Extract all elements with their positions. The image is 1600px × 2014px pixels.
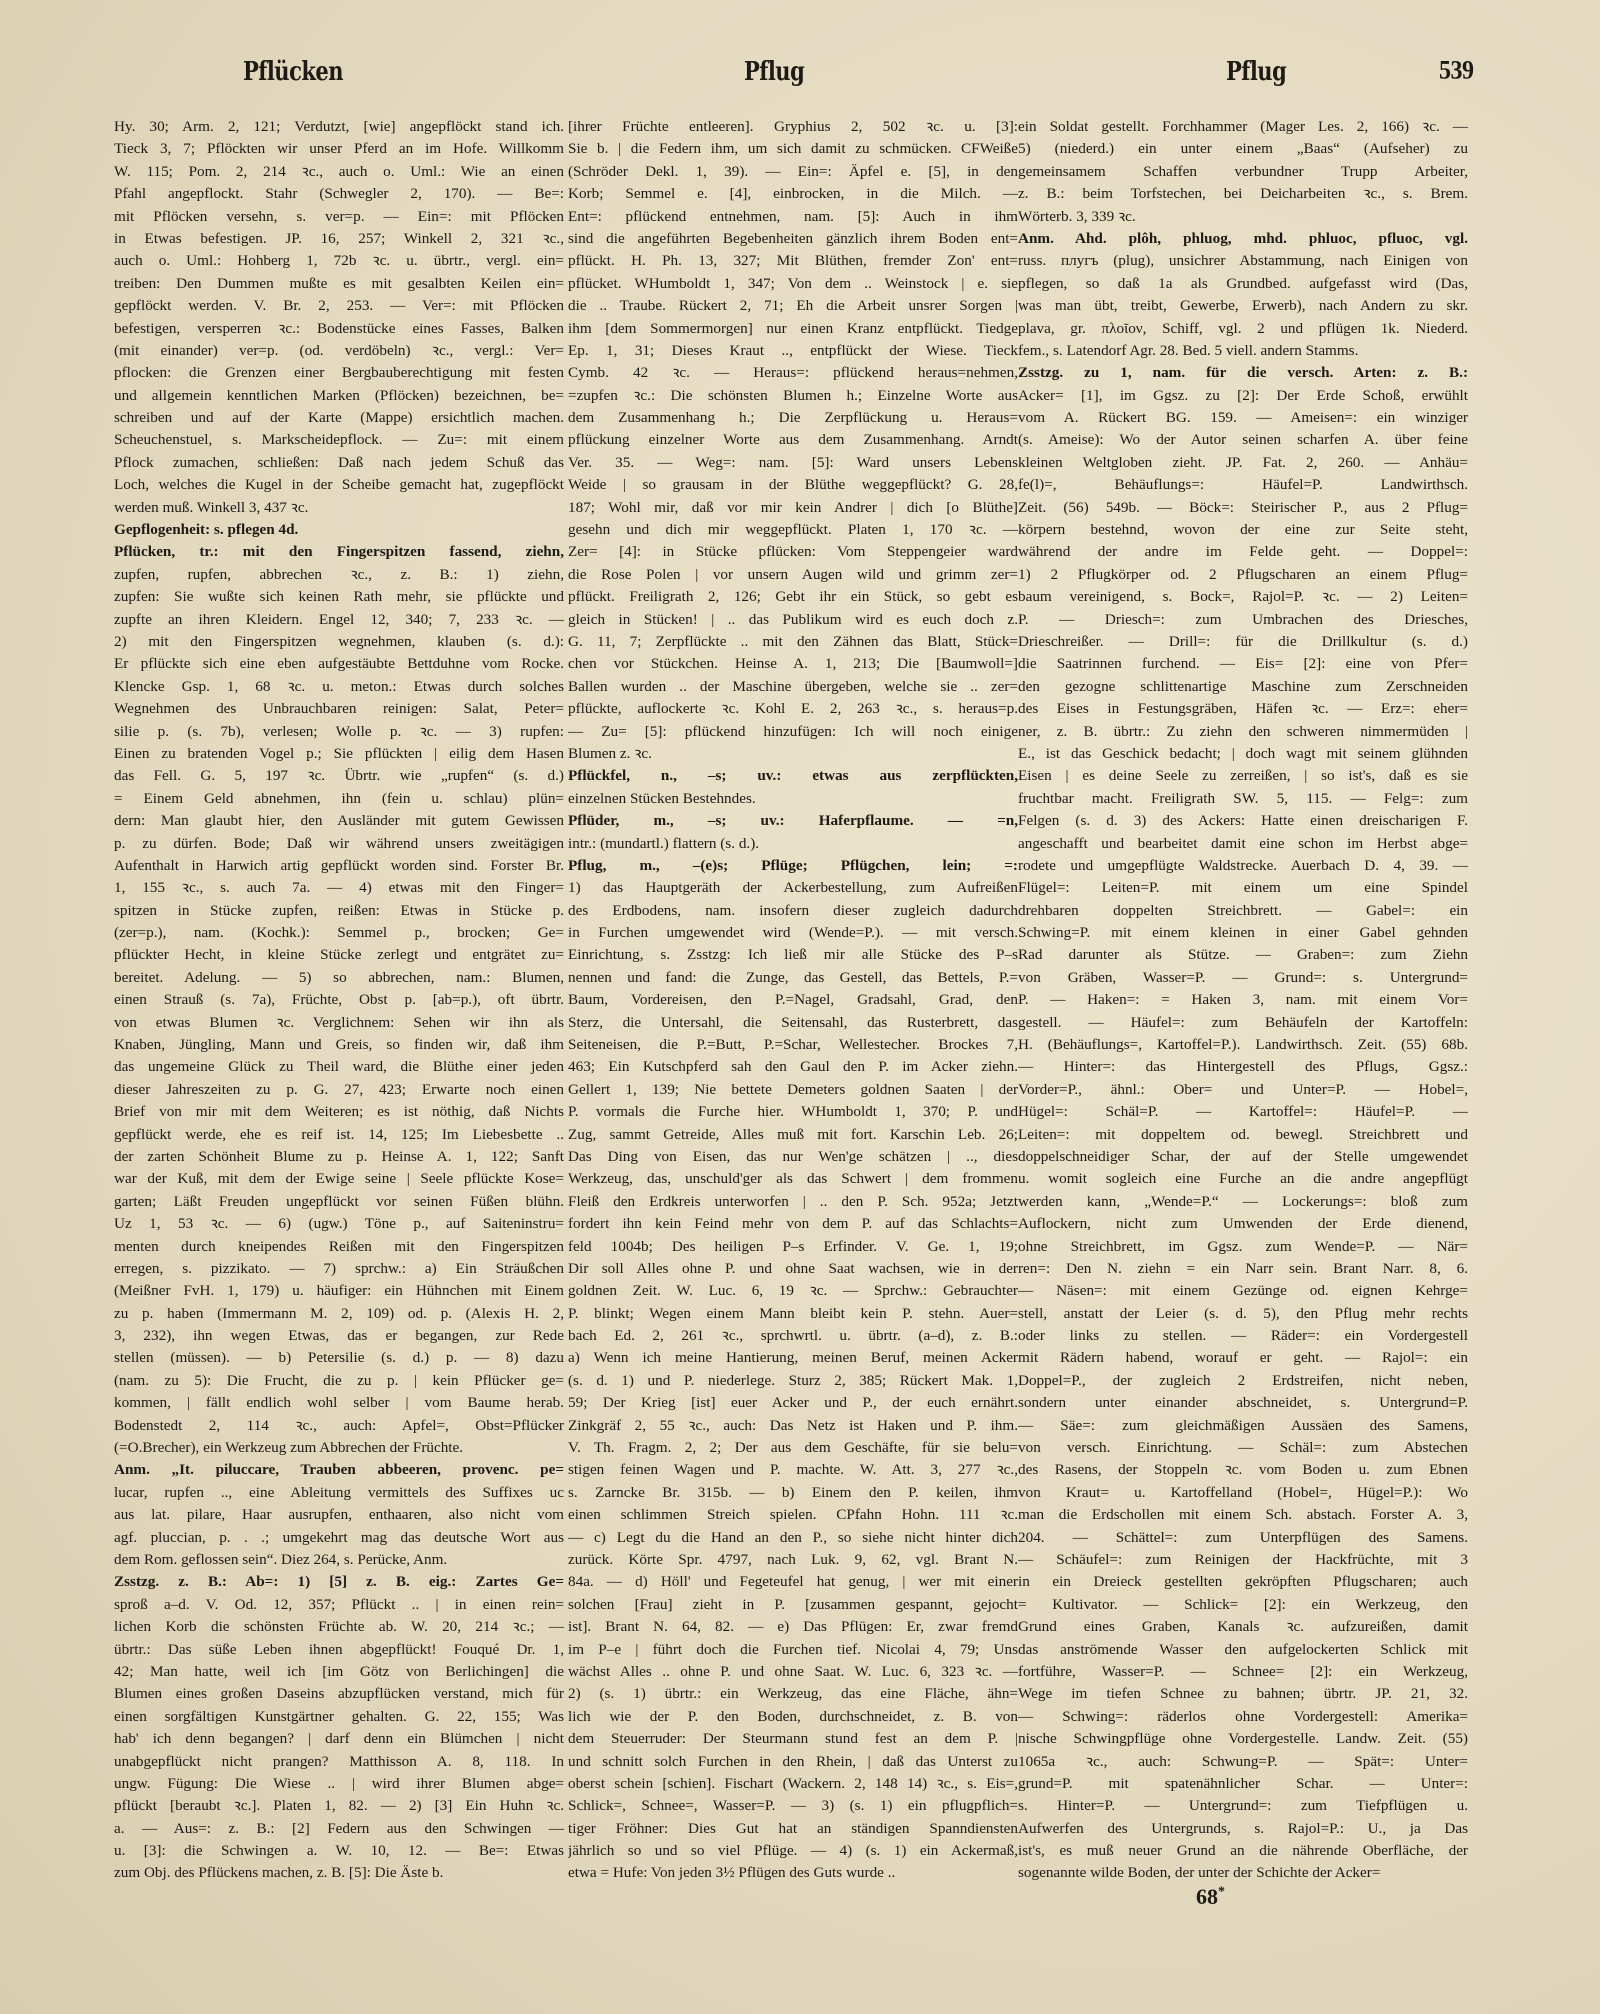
text-line: P. vormals die Furche hier. WHumboldt 1,… [568,1101,1018,1123]
text-line: (s. d. 1) und P. niederlege. Sturz 2, 38… [568,1370,1018,1392]
text-line: sproß a–d. V. Od. 12, 357; Pflückt .. | … [114,1594,564,1616]
text-line: in Furchen umgewendet wird (Wende=P.). —… [568,922,1018,944]
right-catchword: Pflug [1226,55,1286,86]
text-line: grund=P. mit spatenähnlicher Schar. — Un… [1018,1773,1468,1795]
text-line: 187; Wohl mir, daß vor mir kein Andrer |… [568,497,1018,519]
text-line: übrtr.: Das süße Leben ihnen abgepflückt… [114,1639,564,1661]
text-line: Pflückfel, n., –s; uv.: etwas aus zerpfl… [568,765,1018,787]
text-line: bereitet. Adelung. — 5) so abbrechen, na… [114,967,564,989]
text-line: ohne Streichbrett, im Ggsz. zum Wende=P.… [1018,1236,1468,1258]
text-line: Bodenstedt 2, 114 ꝛc., auch: Apfel=, Obs… [114,1415,564,1437]
text-line: schreiben und auf der Karte (Mappe) ersi… [114,407,564,429]
text-line: Vorder=P., ähnl.: Ober= und Unter=P. — H… [1018,1079,1468,1101]
text-line: zu p. haben (Immermann M. 2, 109) od. p.… [114,1303,564,1325]
text-line: ungw. Fügung: Die Wiese .. | wird ihrer … [114,1773,564,1795]
text-line: sondern unter einander abschneidet, s. U… [1018,1392,1468,1414]
text-line: Loch, welches die Kugel in der Scheibe g… [114,474,564,496]
text-line: während der andre im Felde geht. — Doppe… [1018,541,1468,563]
text-line: H. (Behäuflungs=, Kartoffel=P.). Landwir… [1018,1034,1468,1056]
text-line: pflückt [beraubt ꝛc.]. Platen 1, 82. — 2… [114,1795,564,1817]
text-line: Flügel=: Leiten=P. mit einem um eine Spi… [1018,877,1468,899]
text-line: Zsstzg. zu 1, nam. für die versch. Arten… [1018,362,1468,384]
text-line: etwa = Hufe: Von jeden 3½ Pflügen des Gu… [568,1862,1018,1884]
text-line: Pflüder, m., –s; uv.: Haferpflaume. — =n… [568,810,1018,832]
text-line: von versch. Einrichtung. — Schäl=: zum A… [1018,1437,1468,1459]
page-number: 539 [1439,57,1474,87]
middle-catchword: Pflug [744,55,804,86]
text-line: oberst schein [schien]. Fischart (Wacker… [568,1773,1018,1795]
text-line: angeschafft und bearbeitet damit eine sc… [1018,833,1468,855]
text-line: pflücket. WHumboldt 1, 347; Von dem .. W… [568,273,1018,295]
text-line: 2) (s. 1) übrtr.: ein Werkzeug, das eine… [568,1683,1018,1705]
text-line: gepflückt werde, ehe es reif ist. 14, 12… [114,1124,564,1146]
text-line: pflückter Hecht, in kleine Stücke zerleg… [114,944,564,966]
text-line: mit Rädern habend, worauf er geht. — Raj… [1018,1347,1468,1369]
text-line: Blumen z. ꝛc. [568,743,1018,765]
text-line: P. — Haken=: = Haken 3, nam. mit einem V… [1018,989,1468,1011]
text-line: — Säe=: zum gleichmäßigen Aussäen des Sa… [1018,1415,1468,1437]
text-line: plava, gr. πλοῖον, Schiff, vgl. 2 und pf… [1018,318,1468,340]
text-line: Schlick=, Schnee=, Wasser=P. — 3) (s. 1)… [568,1795,1018,1817]
text-line: (Meißner FvH. 1, 179) u. häufiger: ein H… [114,1280,564,1302]
text-line: Seiteneisen, die P.=Butt, P.=Schar, Well… [568,1034,1018,1056]
text-line: pflückt. H. Ph. 13, 327; Mit Blüthen, fr… [568,250,1018,272]
text-line: — Hinter=: das Hintergestell des Pflugs,… [1018,1056,1468,1078]
text-line: befestigen, versperren ꝛc.: Bodenstücke … [114,318,564,340]
text-line: — Schäufel=: zum Reinigen der Hackfrücht… [1018,1549,1468,1571]
text-line: fe(l)=, Behäuflungs=: Häufel=P. Landwirt… [1018,474,1468,496]
text-line: Sie b. | die Federn ihm, um sich damit z… [568,138,1018,160]
text-line: z. B.: beim Torfstechen, bei Deicharbeit… [1018,183,1468,205]
text-line: u. womit sogleich eine Furche an die and… [1018,1168,1468,1190]
text-line: von Gräben, Wasser=P. — Grund=: s. Unter… [1018,967,1468,989]
text-line: u. [3]: die Schwingen a. W. 10, 12. — Be… [114,1840,564,1862]
text-line: Baum, Vordereisen, den P.=Nagel, Gradsah… [568,989,1018,1011]
text-line: Ent=: pflückend entnehmen, nam. [5]: Auc… [568,206,1018,228]
text-line: Korb; Semmel e. [4], einbrocken, in die … [568,183,1018,205]
text-line: kleinen Weltgloben zieht. JP. Fat. 2, 26… [1018,452,1468,474]
text-line: Hügel=: Schäl=P. — Kartoffel=: Häufel=P.… [1018,1101,1468,1123]
text-line: Zug, sammt Getreide, Alles muß mit fort.… [568,1124,1018,1146]
text-line: dem Zusammenhang h.; Die Zerpflückung u.… [568,407,1018,429]
text-line: (nam. zu 5): Die Frucht, die zu p. | kei… [114,1370,564,1392]
text-line: Dir soll Alles ohne P. und ohne Saat wac… [568,1258,1018,1280]
text-line: ist]. Brant N. 64, 82. — e) Das Pflügen:… [568,1616,1018,1638]
text-line: = Kultivator. — Schlick= [2]: ein Werkze… [1018,1594,1468,1616]
text-line: W. 115; Pom. 2, 214 ꝛc., auch o. Uml.: W… [114,161,564,183]
text-line: in ein Dreieck gestellten gekröpften Pfl… [1018,1571,1468,1593]
column-middle: [ihrer Früchte entleeren]. Gryphius 2, 5… [568,116,1018,1885]
text-line: lichen Korb die schönsten Früchte ab. W.… [114,1616,564,1638]
text-line: in Etwas befestigen. JP. 16, 257; Winkel… [114,228,564,250]
text-line: chen vor Stückchen. Heinse A. 1, 213; Di… [568,653,1018,675]
text-line: Zsstzg. z. B.: Ab=: 1) [5] z. B. eig.: Z… [114,1571,564,1593]
text-line: gesehn und dich mir weggepflückt. Platen… [568,519,1018,541]
text-line: Pfahl angepflockt. Stahr (Schwegler 2, 1… [114,183,564,205]
text-line: lucar, rupfen .., eine Ableitung vermitt… [114,1482,564,1504]
text-line: nische Schwingpflüge ohne Vordergestelle… [1018,1728,1468,1750]
text-line: und schnitt solch Furchen in den Rhein, … [568,1751,1018,1773]
text-line: = Einem Geld abnehmen, ihn (fein u. schl… [114,788,564,810]
text-line: nennen und fand: die Zunge, das Gestell,… [568,967,1018,989]
text-line: mit Pflöcken versehn, s. ver=p. — Ein=: … [114,206,564,228]
text-line: intr.: (mundartl.) flattern (s. d.). [568,833,1018,855]
text-line: (s. Ameise): Wo der Autor seinen scharfe… [1018,429,1468,451]
text-line: von etwas Blumen ꝛc. Verglichnem: Sehen … [114,1012,564,1034]
text-line: die .. Traube. Rückert 2, 71; Eh die Arb… [568,295,1018,317]
text-line: 1) das Hauptgeräth der Ackerbestellung, … [568,877,1018,899]
text-line: Zer= [4]: in Stücke pflücken: Vom Steppe… [568,541,1018,563]
text-line: baum vereinigend, s. Bock=, Rajol=P. ꝛc.… [1018,586,1468,608]
text-line: 204. — Schättel=: zum Unterpflügen des S… [1018,1527,1468,1549]
text-line: Das Ding von Eisen, das nur Wen'ge schät… [568,1146,1018,1168]
text-line: zum Obj. des Pflückens machen, z. B. [5]… [114,1862,564,1884]
text-line: sind die angeführten Begebenheiten gänzl… [568,228,1018,250]
text-line: jährlich so und so viel Pflüge. — 4) (s.… [568,1840,1018,1862]
text-line: Ver. 35. — Weg=: nam. [5]: Ward unsers L… [568,452,1018,474]
text-line: russ. плугъ (plug), unsichrer Abstammung… [1018,250,1468,272]
text-line: pflocken: die Grenzen einer Bergbauberec… [114,362,564,384]
text-line: Rad darunter als Stütze. — Graben=: zum … [1018,944,1468,966]
text-line: Klencke Gsp. 1, 68 ꝛc. u. meton.: Etwas … [114,676,564,698]
text-line: hab' ich denn begangen? | darf denn ein … [114,1728,564,1750]
text-line: — c) Legt du die Hand an den P., so sieh… [568,1527,1018,1549]
text-line: — Schwing=: räderlos ohne Vordergestell:… [1018,1706,1468,1728]
text-line: (zer=p.), nam. (Kochk.): Semmel p., broc… [114,922,564,944]
left-catchword: Pflücken [243,55,343,86]
signature-asterisk: * [1218,1885,1225,1900]
text-line: drehbaren doppelten Streichbrett. — Gabe… [1018,900,1468,922]
text-line: Ballen wurden .. der Maschine übergeben,… [568,676,1018,698]
text-line: Brief von mir mit dem Weiteren; es ist n… [114,1101,564,1123]
text-line: Werkzeug, das, unschuld'ger als das Schw… [568,1168,1018,1190]
text-line: feld 1004b; Des heiligen P–s Erfinder. V… [568,1236,1018,1258]
text-line: Pflock zumachen, schließen: Daß nach jed… [114,452,564,474]
text-line: Cymb. 42 ꝛc. — Heraus=: pflückend heraus… [568,362,1018,384]
text-line: — Näsen=: mit einem Gezünge od. eignen K… [1018,1280,1468,1302]
text-line: fordert ihn kein Feind mehr von dem P. a… [568,1213,1018,1235]
text-line: fruchtbar macht. Freiligrath SW. 5, 115.… [1018,788,1468,810]
signature-number: 68 [1196,1884,1218,1909]
text-line: a. — Aus=: z. B.: [2] Federn aus den Sch… [114,1818,564,1840]
text-line: ist's, es muß neuer Grund an die nährend… [1018,1840,1468,1862]
text-line: den gezogne schlittenartige Maschine zum… [1018,676,1468,698]
text-line: Zinkgräf 2, 55 ꝛc., auch: Das Netz ist H… [568,1415,1018,1437]
text-line: pflückte, auflockerte ꝛc. Kohl E. 2, 263… [568,698,1018,720]
text-line: einzelnen Stücken Bestehndes. [568,788,1018,810]
text-line: zupfen: Sie wußte sich keinen Rath mehr,… [114,586,564,608]
column-left: Hy. 30; Arm. 2, 121; Verdutzt, [wie] ang… [114,116,564,1885]
text-line: Knaben, Jüngling, Mann und Greis, so fin… [114,1034,564,1056]
text-line: P. — Driesch=: zum Umbrachen des Driesch… [1018,609,1468,631]
text-line: gestell. — Häufel=: zum Behäufeln der Ka… [1018,1012,1468,1034]
text-line: zurück. Körte Spr. 4797, nach Luk. 9, 62… [568,1549,1018,1571]
text-line: rodete und umgepflügte Waldstrecke. Auer… [1018,855,1468,877]
signature-mark: 68* [1196,1884,1225,1910]
text-line: agf. pluccian, p. . .; umgekehrt mag das… [114,1527,564,1549]
text-line: des Erdbodens, nam. insofern dieser zugl… [568,900,1018,922]
text-line: Schwing=P. mit einem kleinen in einer Ga… [1018,922,1468,944]
text-line: Pflug, m., –(e)s; Pflüge; Pflügchen, lei… [568,855,1018,877]
text-line: 59; Der Krieg [ist] euer Acker und P., d… [568,1392,1018,1414]
text-line: 42; Man hatte, weil ich [im Götz von Ber… [114,1661,564,1683]
text-line: Wegnehmen des Unbrauchbaren reinigen: Sa… [114,698,564,720]
text-line: vom A. Rückert BG. 159. — Ameisen=: ein … [1018,407,1468,429]
text-line: Zeit. (56) 549b. — Böck=: Steirischer P.… [1018,497,1468,519]
text-line: G. 11, 7; Zerpflückte .. mit den Zähnen … [568,631,1018,653]
text-line: was man übt, treibt, Gewerbe, Erwerb), n… [1018,295,1468,317]
text-line: bach Ed. 2, 261 ꝛc., sprchwrtl. u. übrtr… [568,1325,1018,1347]
text-line: gleich in Stücken! | .. das Publikum wir… [568,609,1018,631]
text-line: ren=: Den N. ziehn = ein Narr sein. Bran… [1018,1258,1468,1280]
text-line: Einen zu bratenden Vogel p.; Sie pflückt… [114,743,564,765]
text-line: dem Rom. geflossen sein“. Diez 264, s. P… [114,1549,564,1571]
text-line: Felgen (s. d. 3) des Ackers: Hatte einen… [1018,810,1468,832]
text-line: pflegen, so daß 1a als Grundbed. aufgefa… [1018,273,1468,295]
text-line: aus lat. pilare, Haar ausrupfen, enthaar… [114,1504,564,1526]
text-line: das ungemeine Glück zu Theil ward, die B… [114,1056,564,1078]
text-line: Doppel=P., der zugleich 2 Erdstreifen, n… [1018,1370,1468,1392]
text-line: (=O.Brecher), ein Werkzeug zum Abbrechen… [114,1437,564,1459]
text-line: Wege im tiefen Schnee zu bahnen; übrtr. … [1018,1683,1468,1705]
text-line: Einrichtung, s. Zsstzg: Ich ließ mir all… [568,944,1018,966]
text-line: der zarten Schönheit Blume zu p. Heinse … [114,1146,564,1168]
text-line: =zupfen ꝛc.: Die schönsten Blumen h.; Ei… [568,385,1018,407]
text-line: dern: Man glaubt hier, den Ausländer mit… [114,810,564,832]
text-line: gemeinsamem Schaffen verbundner Trupp Ar… [1018,161,1468,183]
text-line: das Fell. G. 5, 197 ꝛc. Übrtr. wie „rupf… [114,765,564,787]
text-line: einen schlimmen Streich spielen. CPfahn … [568,1504,1018,1526]
text-line: Uz 1, 53 ꝛc. — 6) (ugw.) Töne p., auf Sa… [114,1213,564,1235]
text-line: Pflücken, tr.: mit den Fingerspitzen fas… [114,541,564,563]
text-line: Sterz, die Untersahl, die Seitensahl, da… [568,1012,1018,1034]
text-line: Anm. „It. piluccare, Trauben abbeeren, p… [114,1459,564,1481]
text-line: einen sorgfältigen Kunstgärtner gehalten… [114,1706,564,1728]
text-line: einen Strauß (s. 7a), Früchte, Obst p. [… [114,989,564,1011]
text-line: E., ist das Geschick bedacht; | doch wag… [1018,743,1468,765]
text-line: im P–e | führt doch die Furchen tief. Ni… [568,1639,1018,1661]
text-line: garten; Läßt Freuden ungepflückt vor sei… [114,1191,564,1213]
text-line: unabgepflückt nicht prangen? Matthisson … [114,1751,564,1773]
text-line: 1, 155 ꝛc., s. auch 7a. — 4) etwas mit d… [114,877,564,899]
text-line: Anm. Ahd. plôh, phluog, mhd. phluoc, pfl… [1018,228,1468,250]
text-line: 3, 232), ihn wegen Etwas, das er begange… [114,1325,564,1347]
text-line: kommen, | fällt endlich wohl selber | vo… [114,1392,564,1414]
text-line: Fleiß den Erdkreis unterworfen | .. den … [568,1191,1018,1213]
text-line: Tieck 3, 7; Pflöckten wir unser Pferd an… [114,138,564,160]
text-line: körpern bestehnd, wovon der eine zur Sei… [1018,519,1468,541]
text-line: stell, anstatt der Leier (s. d. 5), den … [1018,1303,1468,1325]
text-line: Gellert 1, 139; Nie bettete Demeters gol… [568,1079,1018,1101]
text-line: menten durch kneipendes Reißen mit den F… [114,1236,564,1258]
text-line: werden kann, „Wende=P.“ — Lockerungs=: b… [1018,1191,1468,1213]
text-line: Leiten=: mit doppeltem od. bewegl. Strei… [1018,1124,1468,1146]
text-line: treiben: Den Dummen mußte es mit gesalbt… [114,273,564,295]
text-line: p. zu dürfen. Bode; Daß wir während unse… [114,833,564,855]
text-line: (Schröder Dekl. 1, 39). — Ein=: Äpfel e.… [568,161,1018,183]
text-line: Acker= [1], im Ggsz. zu [2]: Der Erde Sc… [1018,385,1468,407]
text-line: Ep. 1, 31; Dieses Kraut .., entpflückt d… [568,340,1018,362]
text-line: [ihrer Früchte entleeren]. Gryphius 2, 5… [568,116,1018,138]
text-line: tiger Fröhner: Dies Gut hat an ständigen… [568,1818,1018,1840]
text-line: oder links zu stellen. — Räder=: ein Vor… [1018,1325,1468,1347]
text-line: fortführe, Wasser=P. — Schnee= [2]: ein … [1018,1661,1468,1683]
text-line: Auflockern, nicht zum Umwenden der Erde … [1018,1213,1468,1235]
text-line: Aufenthalt in Harwich artig gepflückt wo… [114,855,564,877]
text-line: wächst Alles .. ohne P. und ohne Saat. W… [568,1661,1018,1683]
text-line: doppelschneidiger Schar, der auf der Ste… [1018,1146,1468,1168]
text-line: die Saatrinnen furchend. — Eis= [2]: ein… [1018,653,1468,675]
text-line: Grund eines Graben, Kanals ꝛc. aufzureiß… [1018,1616,1468,1638]
text-line: solchen [Frau] zieht in P. [zusammen ges… [568,1594,1018,1616]
text-line: silie p. (s. 7b), verlesen; Wolle p. ꝛc.… [114,721,564,743]
text-line: 1065a ꝛc., auch: Schwung=P. — Spät=: Unt… [1018,1751,1468,1773]
text-line: dem Steuerruder: Der Steurmann stund fes… [568,1728,1018,1750]
text-line: 463; Ein Kutschpferd sah den Gaul den P.… [568,1056,1018,1078]
text-line: pflückung einzelner Worte aus dem Zusamm… [568,429,1018,451]
text-line: dieser Jahreszeiten zu p. G. 27, 423; Er… [114,1079,564,1101]
text-line: 5) (niederd.) ein unter einem „Baas“ (Au… [1018,138,1468,160]
text-line: Aufwerfen des Untergrunds, s. Rajol=P.: … [1018,1818,1468,1840]
text-line: ner, z. B. übrtr.: Zu ziehn den schweren… [1018,721,1468,743]
text-line: Hy. 30; Arm. 2, 121; Verdutzt, [wie] ang… [114,116,564,138]
text-line: P. blinkt; Wegen einem Mann bleibt kein … [568,1303,1018,1325]
text-line: erregen, s. pizzikato. — 7) sprchw.: a) … [114,1258,564,1280]
text-line: stellen (müssen). — b) Petersilie (s. d.… [114,1347,564,1369]
text-line: Eisen | es deine Seele zu zerreißen, | s… [1018,765,1468,787]
text-line: 84a. — d) Höll' und Fegeteufel hat genug… [568,1571,1018,1593]
text-line: zupfte an ihren Kleidern. Engel 12, 340;… [114,609,564,631]
page-header: Pflücken Pflug Pflug 539 [0,58,1600,98]
text-line: Er pflückte sich eine eben aufgestäubte … [114,653,564,675]
text-line: lich wie der P. den Boden, durchschneide… [568,1706,1018,1728]
text-line: gepflöckt werden. V. Br. 2, 253. — Ver=:… [114,295,564,317]
text-line: zupfen, rupfen, abbrechen ꝛc., z. B.: 1)… [114,564,564,586]
text-line: die Rose Polen | vor unsern Augen wild u… [568,564,1018,586]
text-line: Wörterb. 3, 339 ꝛc. [1018,206,1468,228]
text-line: Drieschreißer. — Drill=: für die Drillku… [1018,631,1468,653]
text-line: stigen feinen Wagen und P. machte. W. At… [568,1459,1018,1481]
text-line: fem., s. Latendorf Agr. 28. Bed. 5 viell… [1018,340,1468,362]
text-line: spitzen in Stücke zupfen, reißen: Etwas … [114,900,564,922]
column-right: ein Soldat gestellt. Forchhammer (Mager … [1018,116,1468,1885]
text-line: sogenannte wilde Boden, der unter der Sc… [1018,1862,1468,1884]
text-line: werden muß. Winkell 3, 437 ꝛc. [114,497,564,519]
text-line: das anströmende Wasser den aufgelockerte… [1018,1639,1468,1661]
text-line: ihm [dem Sommermorgen] nur einen Kranz e… [568,318,1018,340]
text-line: — Zu= [5]: pflückend hinzufügen: Ich wil… [568,721,1018,743]
text-line: 2) mit den Fingerspitzen wegnehmen, klau… [114,631,564,653]
text-line: man die Erdschollen mit einem Sch. absta… [1018,1504,1468,1526]
text-line: a) Wenn ich meine Hantierung, meinen Ber… [568,1347,1018,1369]
text-line: 1) 2 Pflugkörper od. 2 Pflugscharen an e… [1018,564,1468,586]
text-line: (mit einander) ver=p. (od. verdöbeln) ꝛc… [114,340,564,362]
text-line: des Rasens, der Stoppeln ꝛc. vom Boden u… [1018,1459,1468,1481]
text-line: auch o. Uml.: Hohberg 1, 72b ꝛc. u. übrt… [114,250,564,272]
text-line: ein Soldat gestellt. Forchhammer (Mager … [1018,116,1468,138]
text-line: s. Hinter=P. — Untergrund=: zum Tiefpflü… [1018,1795,1468,1817]
text-line: goldnen Zeit. W. Luc. 6, 19 ꝛc. — Sprchw… [568,1280,1018,1302]
text-line: s. Zarncke Br. 315b. — b) Einem den P. k… [568,1482,1018,1504]
text-line: Scheuchenstuel, s. Markscheidepflock. — … [114,429,564,451]
text-line: Blumen eines großen Daseins abzupflücken… [114,1683,564,1705]
text-line: war der Kuß, mit dem der Ewige seine | S… [114,1168,564,1190]
text-line: Gepflogenheit: s. pflegen 4d. [114,519,564,541]
text-line: Weide | so grausam in der Blüthe weggepf… [568,474,1018,496]
text-line: von Kraut= u. Kartoffelland (Hobel=, Hüg… [1018,1482,1468,1504]
text-line: pflückt. Freiligrath 2, 126; Gebt ihr ei… [568,586,1018,608]
text-line: des Eises in Festungsgräben, Häfen ꝛc. —… [1018,698,1468,720]
text-line: V. Th. Fragm. 2, 2; Der aus dem Geschäft… [568,1437,1018,1459]
text-line: und allgemein kenntlichen Marken (Pflöck… [114,385,564,407]
